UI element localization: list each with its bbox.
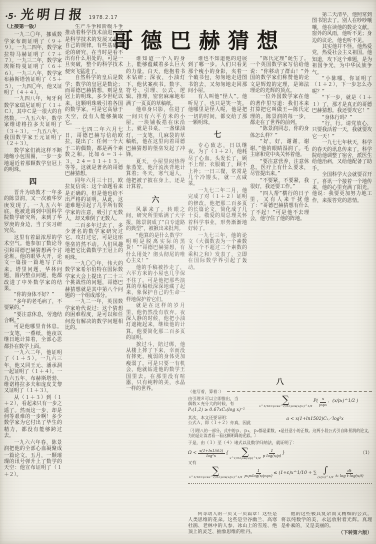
paragraph: 同年六月三十日，欧拉复信说：这个命题看来是正确的，但是他也给不出严格的证明。从此…: [65, 178, 123, 223]
column5-paragraphs: “陈氏定理”诞生了。一个英国数学家写信给他说：“你移动了群山！”外国的数学家们称…: [250, 56, 309, 223]
paragraph: 一九六六年春，陈景润把他的全部心血凝聚成一篇论文。五月，一颗璀璨的讯号弹升上了数…: [4, 440, 62, 478]
section-marker-seven: 七: [188, 131, 247, 139]
text-column-6: 第二天清早，他照常到图书馆去了。别人在吵吵嚷嚷，他在读他的数论文献。窗外的风雨，…: [312, 12, 372, 376]
paragraph: 他的手稿被抄走了，六平方米的小屋也几乎保不住了。可是他把那些演算的草稿纸深深地藏…: [126, 265, 185, 303]
formula-sum-1: ∑ x^1/10<p₁≤x^1/3<p₂≤(x/p₁)^1/2 P( xp₁p₂…: [258, 396, 358, 409]
bottom-right-column: 他的这些极其复杂而又精细的公式，将以纯数学的美，永远放射着光辉。真理是朴素的，又…: [281, 512, 372, 542]
dashed-rule: [227, 391, 372, 392]
paragraph: 一九四八年，匈牙利数学家瑞尼证明了（１＋Ｃ），其中Ｃ是一很大的自然数。一九五六年…: [4, 96, 62, 147]
paragraph: 一九七二年二月，他完成了对（１＋２）证明的修改。他把那二百多页的长篇论文，简化成…: [188, 188, 247, 233]
paragraph: “不要紧，不要紧，我很好，我还要工作。”: [250, 178, 309, 191]
masthead-title: 光明日报: [20, 4, 86, 23]
formula-lead-line1: 由引理８可以立即推出，当: [188, 396, 238, 401]
dotted-separator: [188, 483, 372, 484]
paragraph: “陈景润同志，你的身体怎么样？”: [250, 126, 309, 139]
paragraph: 这里有着最浓厚的学术空气。他参加了数论导引和哥德巴赫猜想两个讨论班。他的眼界大开…: [4, 235, 62, 293]
paragraph: 一九六二年，他证明了（１＋５）。一九六三年，他又同王元、潘承洞一起证明了（１＋４…: [4, 350, 62, 395]
formula-mid-line2: 公式Ａ，即（１＋２）亦真，因此: [188, 420, 251, 425]
formula-small-center: a < x(1+ln1502)Cₓ／log²x: [286, 417, 343, 422]
column3-top-paragraphs: 谁知道一个人的身上，能够蕴藏着多么巨大的力量。白天，他抱着书本钻研；深夜，小油灯…: [126, 56, 185, 191]
paragraph: 夏天，小屋里闷热得象蒸笼，他汗流浃背地计算着；冬天，寒气逼人，他把被子披在身上，…: [126, 159, 185, 191]
column4-top-paragraphs: 谁也不知道他的进展到了哪一步。人们只看见那个瘦小的身影，夹着一个破书包，匆匆地走…: [188, 56, 247, 126]
paragraph: 晋升为助教才一年多的陈景润，又一次被华罗庚发现了。一九五六年底，他被选调到中国科…: [4, 190, 62, 235]
integral-limits: (x/p₁)^1/2: [317, 476, 333, 480]
text-column-3: 谁知道一个人的身上，能够蕴藏着多么巨大的力量。白天，他抱着书本钻研；深夜，小油灯…: [126, 56, 185, 540]
paragraph: 一九〇〇年，伟大的数学家希尔伯特在国际数学家大会上提出了二十三个挑战性的问题，哥…: [65, 261, 123, 299]
column1-bottom-paragraphs: 晋升为助教才一年多的陈景润，又一次被华罗庚发现了。一九五六年底，他被选调到中国科…: [4, 190, 62, 478]
paragraph: 生产斗争和阶级斗争推动着科学技术前进，可是科学技术的发展又有它自己的规律。有些基…: [65, 24, 123, 75]
sigma-limits: x^1/10<p₁≤x^1/3<p₂≤(x/p₁)^1/2: [259, 405, 312, 409]
bottom-left-paragraphs: 何等动人的一页又一页篇章！这些是人类思维的花朵。这些是空谷幽兰、高寒杜鹃、老林中…: [188, 512, 277, 536]
column6-paragraphs: 第二天清早，他照常到图书馆去了。别人在吵吵嚷嚷，他在读他的数论文献。窗外的风雨，…: [312, 12, 372, 204]
formula-omega: Ω < x(1+ln1502)log²x { ∑ x^1/3<p≤(x/p)^1…: [188, 448, 372, 461]
paragraph: 从（１＋３）到（１＋２），看起来只有一步之遥了。然而这一步，却是何等艰难的一步啊…: [4, 395, 62, 440]
paragraph: “行，行。请党放心，只要我活着一天，我就要攻它一天！”: [312, 121, 372, 140]
paragraph: 数学家们就这样不断地缩小包围圈，一步一步地逼近着那颗数学皇冠上的明珠。: [4, 148, 62, 174]
section-marker-six: 六: [126, 196, 185, 204]
page-number: ·5·: [5, 12, 17, 21]
formula-section: 八 （他写着，算着：） 由引理８可以立即推出，当 偶数ｘ充分大的时候，有 Pₓ(…: [188, 378, 372, 508]
column1-top-paragraphs: 一九二〇年，挪威数学家布朗证明了（９＋９）。一九二四年，数学家拉特马赫证明了（７…: [4, 32, 62, 173]
paragraph: 专心致志，日以继夜。为了（１＋２），他耗尽了心血。头发长了，顾不上理；衣服破了，…: [188, 143, 247, 188]
paragraph: 谁也不知道他的进展到了哪一步。人们只看见那个瘦小的身影，夹着一个破书包，匆匆地走…: [188, 56, 247, 94]
text-column-2: 生产斗争和阶级斗争推动着科学技术前进，可是科学技术的发展又有它自己的规律。有些基…: [65, 24, 123, 540]
paragraph: 风暴来了。转眼之间，研究所里贴满了大字报，陈景润成了“白专道路的典型”，被揪出来…: [126, 207, 185, 233]
paragraph: 一九七三年，他的论文《大偶数表为一个素数及一个不超过二个素数的乘积之和》发表了，…: [188, 233, 247, 271]
text-column-5: “陈氏定理”诞生了。一个英国数学家写信给他说：“你移动了群山！”外国的数学家们称…: [250, 56, 309, 376]
column3-bottom-paragraphs: 风暴来了。转眼之间，研究所里贴满了大字报，陈景润成了“白专道路的典型”，被揪出来…: [126, 207, 185, 393]
column2-paragraphs: 生产斗争和阶级斗争推动着科学技术前进，可是科学技术的发展又有它自己的规律。有些基…: [65, 24, 123, 332]
pre-omega-line: 于是，由（１）至（４）诸式以及数学归纳法，就证明了：: [188, 440, 372, 445]
bottom-right-paragraphs: 他的这些极其复杂而又精细的公式，将以纯数学的美，永远放射着光辉。真理是朴素的，又…: [281, 512, 372, 530]
paragraph: “要注意休息，劳逸结合啊。”: [4, 312, 62, 325]
formula-intro-parenthetical: （他写着，算着：）: [188, 389, 224, 394]
sigma-limits: x^1/10<p₁≤x^1/3<p₂≤(x/p₁)^1/2: [189, 476, 242, 480]
section-marker-four: 四: [4, 178, 62, 186]
paragraph: “要注意营养，注意休息。医疗上有什么要求，尽管提出来。”: [250, 159, 309, 178]
paragraph: “下一步，就是（１＋１）了，那才是真正的哥德巴赫猜想。我还要攻它！”: [312, 95, 372, 114]
continued-to-note: （下转第六版）: [281, 531, 372, 537]
paragraph: 就是在这样的岁月里，他仍然没有放弃。夜深人静的时候，他把小油灯遮掩起来，继续他的…: [126, 303, 185, 341]
paragraph: 一七四二年六月七日，哥德巴赫写信给欧拉，提出了：任何一个大于二的偶数，都是两个素…: [65, 127, 123, 178]
paragraph: “他算的是什么数学？明明是脱离实际的黑货！”“哥德巴赫猜想，有什么用处？彻头彻尾…: [126, 233, 185, 265]
paragraph: “好，好，谢谢，谢谢。”他的眼睛湿润了。毛主席和党中央关怀着他。: [250, 139, 309, 158]
paragraph: 一位外国数学家在他的著作里写道：我们本来打算把它叫做王—陈氏定理的。陈景润的每一…: [250, 94, 309, 126]
issue-date: 1978.2.17: [89, 15, 118, 21]
paragraph: 一九二一年，英国数学家哈代说过：这个猜想的困难程度，是可以和任何没有解决的数学问…: [65, 299, 123, 331]
paragraph: 一九七七年秋天，科学的春天的讯息传来了。科学院给他调整了宿舍，派医生给他治病，又…: [312, 140, 372, 172]
paragraph: 何等动人的一页又一页篇章！这些是人类思维的花朵。这些是空谷幽兰、高寒杜鹃、老林中…: [188, 512, 277, 536]
also-label: 又有: [188, 460, 372, 465]
paragraph: 第二天清早，他照常到图书馆去了。别人在吵吵嚷嚷，他在读他的数论文献。窗外的风雨，…: [312, 12, 372, 44]
paragraph: 二百多年过去了，多少著名的数学家研究过它、攻打过它，可是这座堡垒岿然不动。人们风…: [65, 223, 123, 261]
text-column-4: 谁也不知道他的进展到了哪一步。人们只看见那个瘦小的身影，夹着一个破书包，匆匆地走…: [188, 56, 247, 376]
sigma-limits: x^1/3<p≤(x/p)^1/2: [230, 457, 261, 461]
paragraph: 自然科学的皇后是数学；数学的皇冠是数论；而哥德巴赫猜想，则是皇冠上的明珠。多少世…: [65, 75, 123, 126]
paragraph: 一九二〇年，挪威数学家布朗证明了（９＋９）。一九二四年，数学家拉特马赫证明了（７…: [4, 32, 62, 96]
paragraph: “多年的老毛病了，不要紧的。”: [4, 299, 62, 312]
paragraph: 可是他哪里肯休息。一支笔，一叠纸，他夜以继日地计算着，全部心思都扑在数学上面。: [4, 324, 62, 350]
paragraph: “小陈哪，你证明了（１＋２），下一步怎么办呢？”: [312, 76, 372, 95]
section-marker-eight: 八: [188, 378, 372, 386]
paragraph: “四人帮”横行的日子里，又有人来干扰他了：“哥德巴赫猜想有什么了不起！”可是他不…: [250, 191, 309, 223]
paragraph: 全国科学大会就要召开了。喜讯一个接着一个地传来，他的心里充满了阳光。他说：我要更…: [312, 172, 372, 204]
bottom-left-column: 何等动人的一页又一页篇章！这些是人类思维的花朵。这些是空谷幽兰、高寒杜鹃、老林中…: [188, 512, 277, 542]
chen-theorem-inequality: Pₓ(1,2) ≥ 0.67xCₓ(log x)⁻²: [188, 408, 245, 413]
paragraph: 他单身只影，住进了一间只有六平方米的小屋。一块铺板搭在床沿上，就是书桌。一盏煤油…: [126, 107, 185, 158]
newspaper-page: ·5· 光明日报 1978.2.17 哥德巴赫猜想 （上接第一版） 一九二〇年，…: [0, 0, 376, 544]
masthead: ·5· 光明日报 1978.2.17: [5, 4, 118, 23]
editor-bracket-note: 〔引理八的一部分。式中的ｐ、ｐ₁、ｐ₂都是素数，ε是任意小的正数。这两小段公式引…: [188, 429, 372, 439]
formula-lead-line2: 偶数ｘ充分大的时候，有: [188, 401, 234, 406]
paragraph: 谁知道一个人的身上，能够蕴藏着多么巨大的力量。白天，他抱着书本钻研；深夜，小油灯…: [126, 56, 185, 107]
column4-bottom-paragraphs: 专心致志，日以继夜。为了（１＋２），他耗尽了心血。头发长了，顾不上理；衣服破了，…: [188, 143, 247, 271]
text-column-1: （上接第一版） 一九二〇年，挪威数学家布朗证明了（９＋９）。一九二四年，数学家拉…: [4, 24, 62, 540]
continued-from-note: （上接第一版）: [4, 24, 62, 30]
equation-number: （1）: [360, 451, 372, 456]
paragraph: 挨过斗，陪过绑，他从楼上摔了下来，幸而没有摔死，瘦弱的身体更加瘦弱了。可是只要一…: [126, 342, 185, 393]
article-title: 哥德巴赫猜想: [110, 25, 288, 55]
paragraph: 他的这些极其复杂而又精细的公式，将以纯数学的美，永远放射着光辉。真理是朴素的，又…: [281, 512, 372, 530]
paragraph: 有人叫他“怪人”。他听见了，也只是笑一笑。他哪里是怪人呢，他是把一切的时间，都交…: [188, 94, 247, 126]
paragraph: “陈氏定理”诞生了。一个英国数学家写信给他说：“你移动了群山！”外国的数学家们称…: [250, 56, 309, 94]
formula-sum-integral: ∑ x^1/10<p₁≤x^1/3<p₂≤(x/p₁)^1/2 1p₁p₂log…: [188, 467, 372, 480]
paragraph: 其实他并不怪。他热爱党，热爱社会主义祖国。他知道，攻下这个难题，是为祖国争光，为…: [312, 44, 372, 76]
